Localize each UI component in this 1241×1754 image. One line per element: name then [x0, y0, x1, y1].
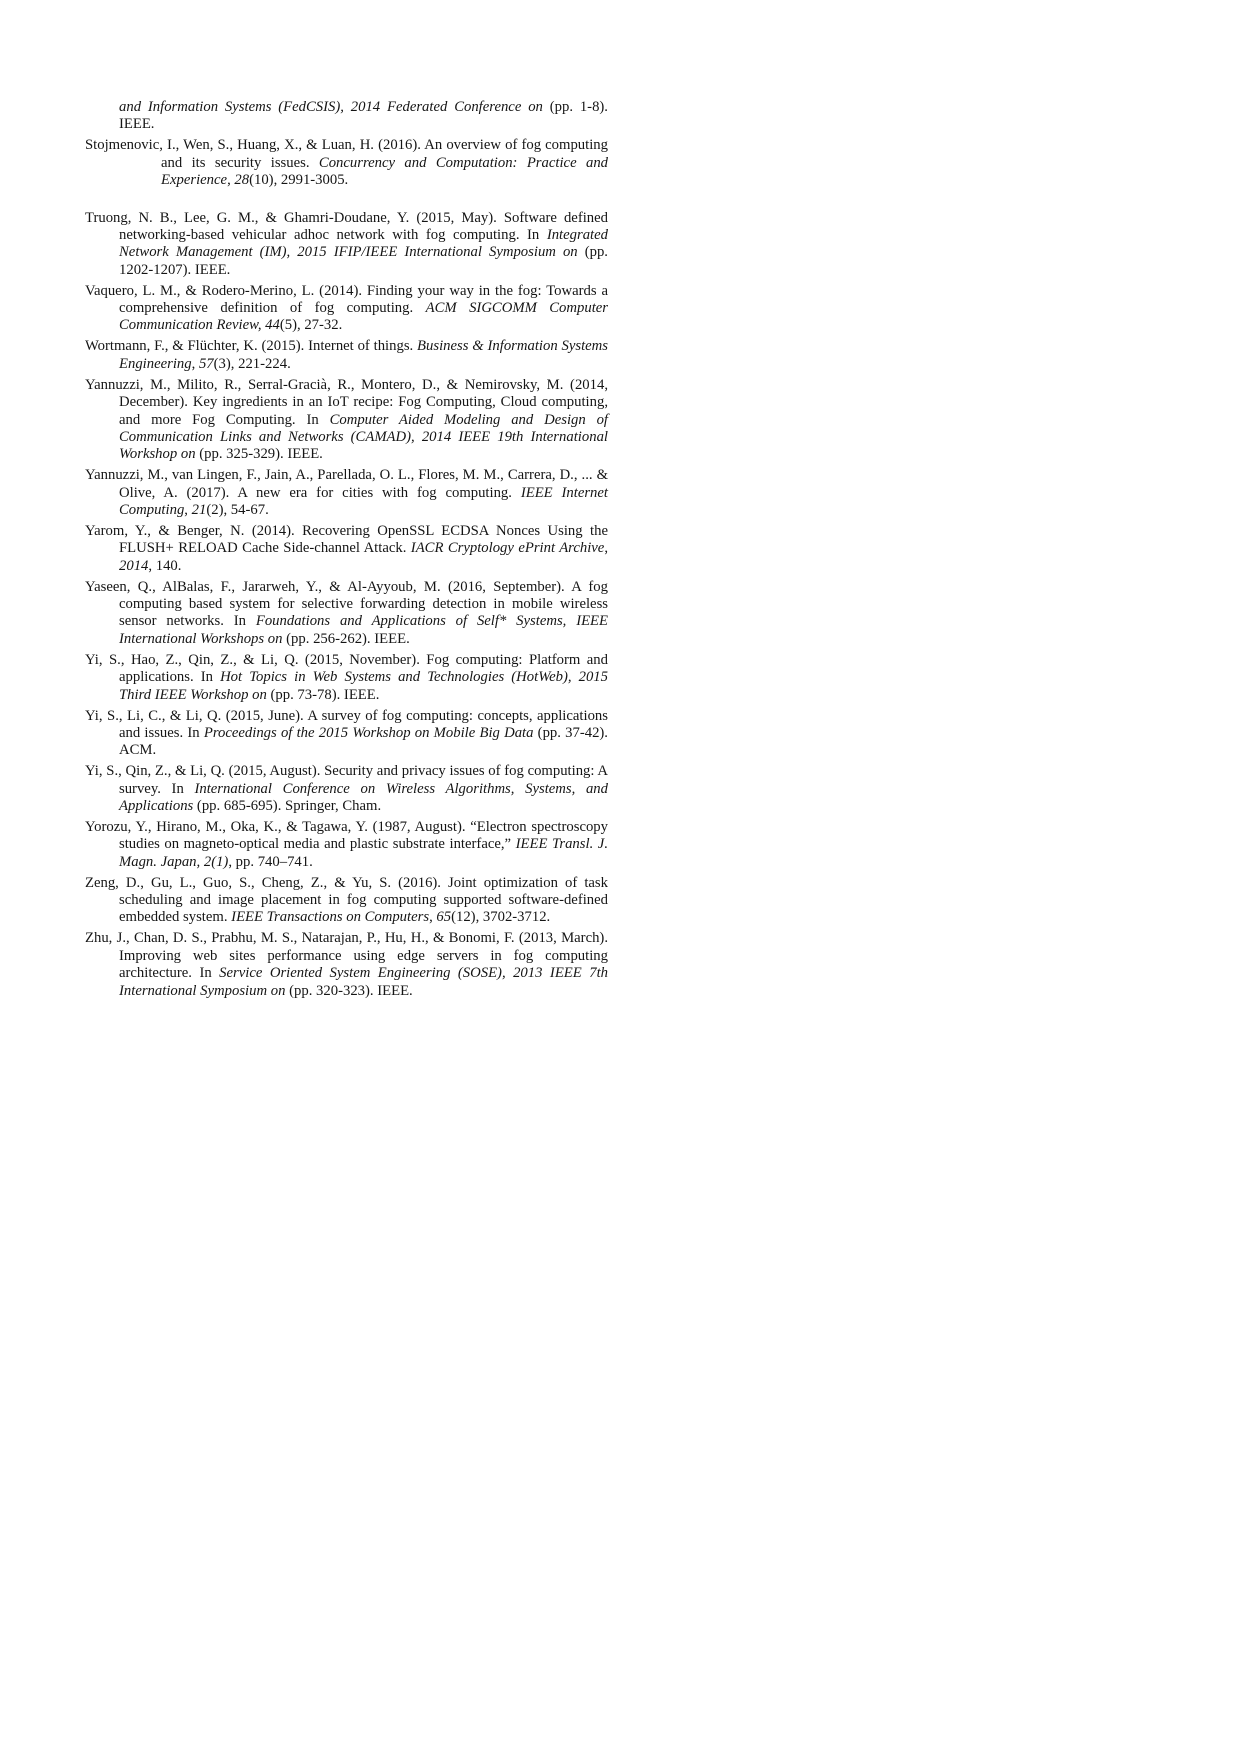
references-list: and Information Systems (FedCSIS), 2014 …	[85, 99, 608, 1004]
reference-text: (2), 54-67.	[206, 502, 268, 518]
reference-italic-text: 28	[234, 172, 249, 188]
reference-text: (pp. 685-695). Springer, Cham.	[193, 798, 381, 814]
reference-entry: Yannuzzi, M., Milito, R., Serral-Gracià,…	[85, 377, 608, 464]
reference-entry: Yi, S., Hao, Z., Qin, Z., & Li, Q. (2015…	[85, 652, 608, 704]
reference-text: (pp. 320-323). IEEE.	[285, 983, 412, 999]
reference-italic-text: 65	[436, 909, 451, 925]
reference-text: , 140.	[148, 558, 181, 574]
reference-entry: and Information Systems (FedCSIS), 2014 …	[85, 99, 608, 134]
reference-text: (pp. 73-78). IEEE.	[267, 687, 380, 703]
reference-entry: Yaseen, Q., AlBalas, F., Jararweh, Y., &…	[85, 579, 608, 649]
reference-italic-text: and Information Systems (FedCSIS), 2014 …	[119, 99, 543, 115]
reference-italic-text: 57	[199, 356, 214, 372]
reference-entry: Truong, N. B., Lee, G. M., & Ghamri-Doud…	[85, 210, 608, 280]
reference-entry: Yi, S., Li, C., & Li, Q. (2015, June). A…	[85, 708, 608, 760]
reference-italic-text: Proceedings of the 2015 Workshop on Mobi…	[204, 725, 534, 741]
reference-text: Truong, N. B., Lee, G. M., & Ghamri-Doud…	[85, 210, 608, 243]
reference-entry: Yarom, Y., & Benger, N. (2014). Recoveri…	[85, 523, 608, 575]
reference-italic-text: 2014	[119, 558, 148, 574]
reference-text: (pp. 256-262). IEEE.	[282, 631, 409, 647]
reference-text: ,	[184, 502, 191, 518]
reference-text: (pp. 325-329). IEEE.	[196, 446, 323, 462]
reference-entry: Wortmann, F., & Flüchter, K. (2015). Int…	[85, 338, 608, 373]
reference-entry: Yorozu, Y., Hirano, M., Oka, K., & Tagaw…	[85, 819, 608, 871]
reference-entry: Vaquero, L. M., & Rodero-Merino, L. (201…	[85, 283, 608, 335]
reference-entry: Yi, S., Qin, Z., & Li, Q. (2015, August)…	[85, 763, 608, 815]
reference-text: (3), 221-224.	[214, 356, 291, 372]
reference-text: (12), 3702-3712.	[451, 909, 550, 925]
reference-entry: Zeng, D., Gu, L., Guo, S., Cheng, Z., & …	[85, 875, 608, 927]
reference-text: ,	[604, 540, 608, 556]
reference-entry: Yannuzzi, M., van Lingen, F., Jain, A., …	[85, 467, 608, 519]
reference-italic-text: 21	[192, 502, 207, 518]
reference-text: ,	[192, 356, 199, 372]
reference-text: , pp. 740–741.	[228, 854, 312, 870]
document-page: and Information Systems (FedCSIS), 2014 …	[0, 0, 1241, 1754]
reference-text: Wortmann, F., & Flüchter, K. (2015). Int…	[85, 338, 417, 354]
reference-entry: Stojmenovic, I., Wen, S., Huang, X., & L…	[85, 137, 608, 189]
reference-text: (5), 27-32.	[280, 317, 342, 333]
reference-italic-text: IEEE Transactions on Computers	[231, 909, 429, 925]
reference-text: (10), 2991-3005.	[249, 172, 348, 188]
reference-italic-text: IACR Cryptology ePrint Archive	[411, 540, 605, 556]
reference-entry: Zhu, J., Chan, D. S., Prabhu, M. S., Nat…	[85, 930, 608, 1000]
